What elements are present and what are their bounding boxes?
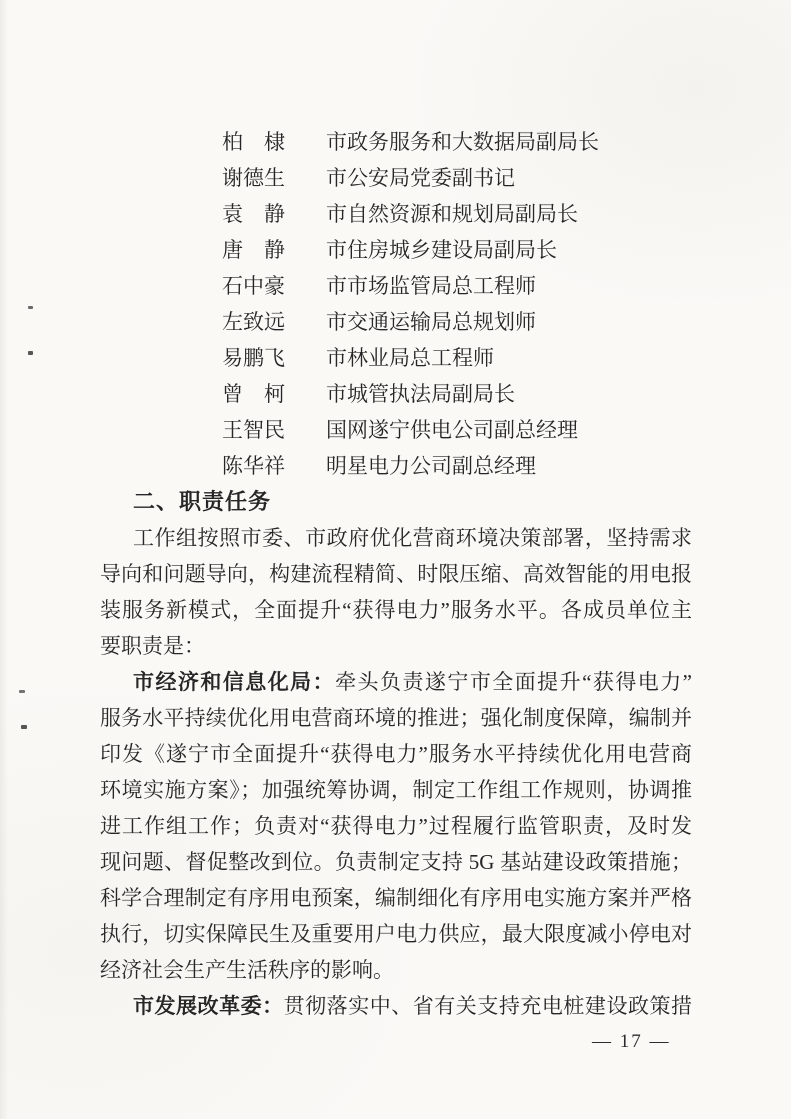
body-line: 要职责是： [100,628,692,664]
section-heading: 二、职责任务 [100,484,692,520]
members-list: 柏 棣 市政务服务和大数据局副局长 谢德生 市公安局党委副书记 袁 静 市自然资… [100,124,692,484]
member-name: 袁 静 [222,196,326,232]
member-row: 石中豪 市市场监管局总工程师 [100,268,692,304]
body-line: 现问题、督促整改到位。负责制定支持 5G 基站建设政策措施； [100,844,692,880]
member-row: 袁 静 市自然资源和规划局副局长 [100,196,692,232]
scanned-document-page: 柏 棣 市政务服务和大数据局副局长 谢德生 市公安局党委副书记 袁 静 市自然资… [0,0,791,1119]
member-name: 谢德生 [222,160,326,196]
scan-speck [28,306,33,309]
member-name: 石中豪 [222,268,326,304]
member-row: 曾 柯 市城管执法局副局长 [100,376,692,412]
member-name: 陈华祥 [222,448,326,484]
body-line: 科学合理制定有序用电预案，编制细化有序用电实施方案并严格 [100,880,692,916]
body-line: 执行，切实保障民生及重要用户电力供应，最大限度减小停电对 [100,916,692,952]
body-line: 经济社会生产生活秩序的影响。 [100,952,692,988]
member-name: 左致远 [222,304,326,340]
body-line: 工作组按照市委、市政府优化营商环境决策部署，坚持需求 [100,520,692,556]
member-title: 市交通运输局总规划师 [326,304,692,340]
member-row: 唐 静 市住房城乡建设局副局长 [100,232,692,268]
member-name: 唐 静 [222,232,326,268]
member-row: 王智民 国网遂宁供电公司副总经理 [100,412,692,448]
document-body: 柏 棣 市政务服务和大数据局副局长 谢德生 市公安局党委副书记 袁 静 市自然资… [100,124,692,1024]
member-title: 市自然资源和规划局副局长 [326,196,692,232]
member-row: 左致远 市交通运输局总规划师 [100,304,692,340]
member-row: 陈华祥 明星电力公司副总经理 [100,448,692,484]
member-title: 市城管执法局副局长 [326,376,692,412]
member-name: 柏 棣 [222,124,326,160]
member-name: 王智民 [222,412,326,448]
member-title: 市市场监管局总工程师 [326,268,692,304]
member-title: 国网遂宁供电公司副总经理 [326,412,692,448]
member-title: 明星电力公司副总经理 [326,448,692,484]
paragraphs: 工作组按照市委、市政府优化营商环境决策部署，坚持需求导向和问题导向，构建流程精简… [100,520,692,1024]
department-lead-in: 市经济和信息化局： [133,671,335,694]
body-line: 服务水平持续优化用电营商环境的推进；强化制度保障，编制并 [100,700,692,736]
member-title: 市住房城乡建设局副局长 [326,232,692,268]
scan-speck [19,690,25,693]
body-line: 市发展改革委：贯彻落实中、省有关支持充电桩建设政策措 [100,988,692,1024]
member-row: 柏 棣 市政务服务和大数据局副局长 [100,124,692,160]
member-title: 市政务服务和大数据局副局长 [326,124,692,160]
member-row: 谢德生 市公安局党委副书记 [100,160,692,196]
body-line: 装服务新模式，全面提升“获得电力”服务水平。各成员单位主 [100,592,692,628]
scan-speck [28,351,33,355]
body-line: 印发《遂宁市全面提升“获得电力”服务水平持续优化用电营商 [100,736,692,772]
member-title: 市林业局总工程师 [326,340,692,376]
body-line: 导向和问题导向，构建流程精简、时限压缩、高效智能的用电报 [100,556,692,592]
member-row: 易鹏飞 市林业局总工程师 [100,340,692,376]
body-line: 进工作组工作；负责对“获得电力”过程履行监管职责，及时发 [100,808,692,844]
department-lead-in: 市发展改革委： [133,995,284,1018]
member-title: 市公安局党委副书记 [326,160,692,196]
scan-speck [21,725,27,729]
page-number: — 17 — [592,1031,672,1053]
member-name: 易鹏飞 [222,340,326,376]
member-name: 曾 柯 [222,376,326,412]
body-line: 环境实施方案》；加强统筹协调，制定工作组工作规则，协调推 [100,772,692,808]
body-line: 市经济和信息化局：牵头负责遂宁市全面提升“获得电力” [100,664,692,700]
